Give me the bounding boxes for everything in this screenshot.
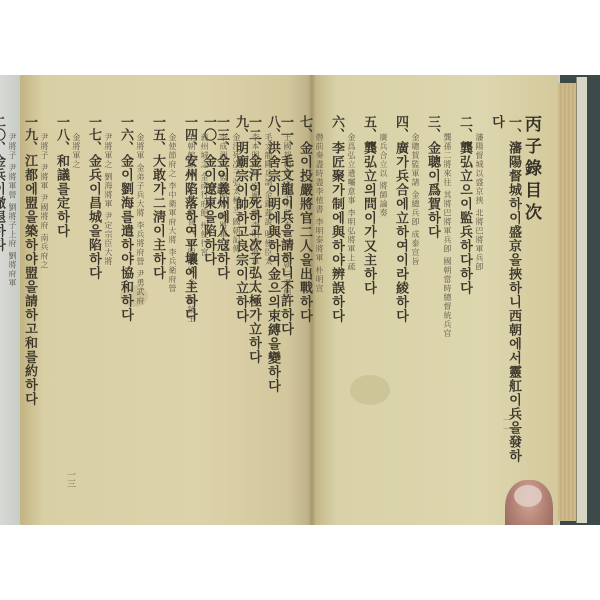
entry-number: 四、 xyxy=(393,115,408,141)
open-book: 丙子錄目次 一、瀋陽督城하이盛京을挾하니西朝에서靈舡이兵을發하다瀋陽督城以盛京挾… xyxy=(20,75,576,525)
entry-source-note: 尹將子 尹將軍 尹國將府 南兵府之 xyxy=(40,133,49,475)
entry-title: 龔弘立의問이가又主하다 xyxy=(361,141,376,295)
toc-entry: 二〇、金兵이撤退하다 xyxy=(0,115,6,475)
toc-entry: 二、龔弘立으이監兵하다하다 xyxy=(456,115,473,475)
entry-source-note: 義州城之 金南行府館 州使行宮 xyxy=(200,133,209,475)
entry-number: 二、 xyxy=(457,115,472,141)
entry-title: 金兵이撤退하다 xyxy=(0,154,5,252)
toc-entry: 一三、金이義州에入寇하다 xyxy=(213,115,230,475)
entry-number: 一九、 xyxy=(22,115,37,154)
entry-source-note: 龔孫二將來往 其將巴將軍兵卽 國朝當時總督統兵官 xyxy=(443,133,452,475)
entry-source-note: 金爲弘立遺囑意事 李明弘將軍上疏 xyxy=(347,133,356,475)
toc-title: 丙子錄目次 xyxy=(521,115,541,225)
toc-entry: 四、廣가兵合에立하여이라綾하다 xyxy=(392,115,409,475)
entry-source-note: 廣兵合立以 將師論奏 xyxy=(379,133,388,475)
toc-entry: 六、李匠聚가制에與하야辨誤하다 xyxy=(328,115,345,475)
toc-entry: 一二、金汗이死하고次子弘太極가立하다 xyxy=(245,115,262,475)
entry-source-note: 金使節府之 李中衛軍府大將 李兵衛府營 xyxy=(168,133,177,475)
toc-entry: 一九、江都에盟을築하야盟을請하고和를約하다 xyxy=(21,115,38,475)
entry-number: 一七、 xyxy=(86,115,101,154)
toc-entry: 一五、大敢가二淸이主하다 xyxy=(149,115,166,475)
toc-entry: 一四、安州陷落하여平壤에主하다 xyxy=(181,115,198,475)
entry-source-note: 瀋陽督城以盛京挾 北將巴將軍兵卽 xyxy=(475,133,484,475)
entry-number: 五、 xyxy=(361,115,376,141)
page-number-right: 一一 xyxy=(500,415,513,433)
entry-number: 六、 xyxy=(329,115,344,141)
entry-number: 一一、 xyxy=(278,115,293,154)
toc-entry: 一八、和議를定하다 xyxy=(53,115,70,475)
entry-number: 七、 xyxy=(297,115,312,141)
entry-title: 金兵이昌城을陷하다 xyxy=(86,154,101,280)
toc-left-page: 一一、毛文龍이兵을請하니不許하다毛文龍陳兵請 金錦蓮說 明使臣太一二、金汗이死하… xyxy=(44,115,294,475)
entry-source-note: 金將軍之 xyxy=(72,133,81,475)
entry-number: 一、 xyxy=(506,115,521,141)
entry-title: 毛文龍이兵을請하니不許하다 xyxy=(278,154,293,336)
entry-number: 二〇、 xyxy=(0,115,5,154)
entry-number: 一八、 xyxy=(54,115,69,154)
entry-title: 李匠聚가制에與하야辨誤하다 xyxy=(329,141,344,323)
entry-title: 大敢가二淸이主하다 xyxy=(150,154,165,280)
entry-title: 瀋陽督城하이盛京을挾하니西朝에서靈舡이兵을發하다 xyxy=(489,115,521,463)
entry-title: 廣가兵合에立하여이라綾하다 xyxy=(393,141,408,323)
entry-title: 和議를定하다 xyxy=(54,154,69,238)
entry-source-note: 金汗死次子弘太極立 國朝記傳 xyxy=(232,133,241,475)
toc-entry: 一一、毛文龍이兵을請하니不許하다 xyxy=(277,115,294,475)
toc-entry: 一七、金兵이昌城을陷하다 xyxy=(85,115,102,475)
toc-entry: 三、金聰이爲賀하다 xyxy=(424,115,441,475)
entry-number: 一四、 xyxy=(182,115,197,154)
entry-source-note: 尹將軍之 劉海將軍 尹定宗臣大將 xyxy=(104,133,113,475)
entry-number: 一五、 xyxy=(150,115,165,154)
toc-entry: 一六、金이劉海를遣하야協和하다 xyxy=(117,115,134,475)
entry-title: 金汗이死하고次子弘太極가立하다 xyxy=(246,154,261,364)
entry-title: 安州陷落하여平壤에主하다 xyxy=(182,154,197,322)
toc-entry: 五、龔弘立의問이가又主하다 xyxy=(360,115,377,475)
entry-source-note: 尹將子 尹將軍營 劉將子上府 劉將府軍 xyxy=(8,133,17,475)
entry-title: 金이投嚴將官二人을出戰하다 xyxy=(297,141,312,323)
entry-source-note: 僣前奏盡時盡李植書 李明泰將軍 朴明宣 xyxy=(315,133,324,475)
thumbnail xyxy=(514,485,542,507)
entry-title: 金聰이爲賀하다 xyxy=(425,141,440,239)
page-number-left: 一三 xyxy=(64,470,77,488)
entry-title: 金이義州에入寇하다 xyxy=(214,154,229,280)
entry-source-note: 金將軍 金弟子兵大將 李兵將府營 尹勇武府 xyxy=(136,133,145,475)
entry-number: 一二、 xyxy=(246,115,261,154)
entry-number: 一三、 xyxy=(214,115,229,154)
entry-title: 江都에盟을築하야盟을請하고和를約하다 xyxy=(22,154,37,406)
toc-entry: 七、金이投嚴將官二人을出戰하다 xyxy=(296,115,313,475)
entry-title: 龔弘立으이監兵하다하다 xyxy=(457,141,472,295)
entry-number: 一六、 xyxy=(118,115,133,154)
book-photo: 丙子錄目次 一、瀋陽督城하이盛京을挾하니西朝에서靈舡이兵을發하다瀋陽督城以盛京挾… xyxy=(0,75,600,525)
back-cover xyxy=(576,77,587,523)
entry-source-note: 毛文龍陳兵請 金錦蓮說 明使臣太 xyxy=(264,133,273,475)
entry-source-note: 金聰賀監軍諸 金總兵卽 成泰宣旨 xyxy=(411,133,420,475)
entry-title: 金이劉海를遣하야協和하다 xyxy=(118,154,133,322)
entry-number: 三、 xyxy=(425,115,440,141)
